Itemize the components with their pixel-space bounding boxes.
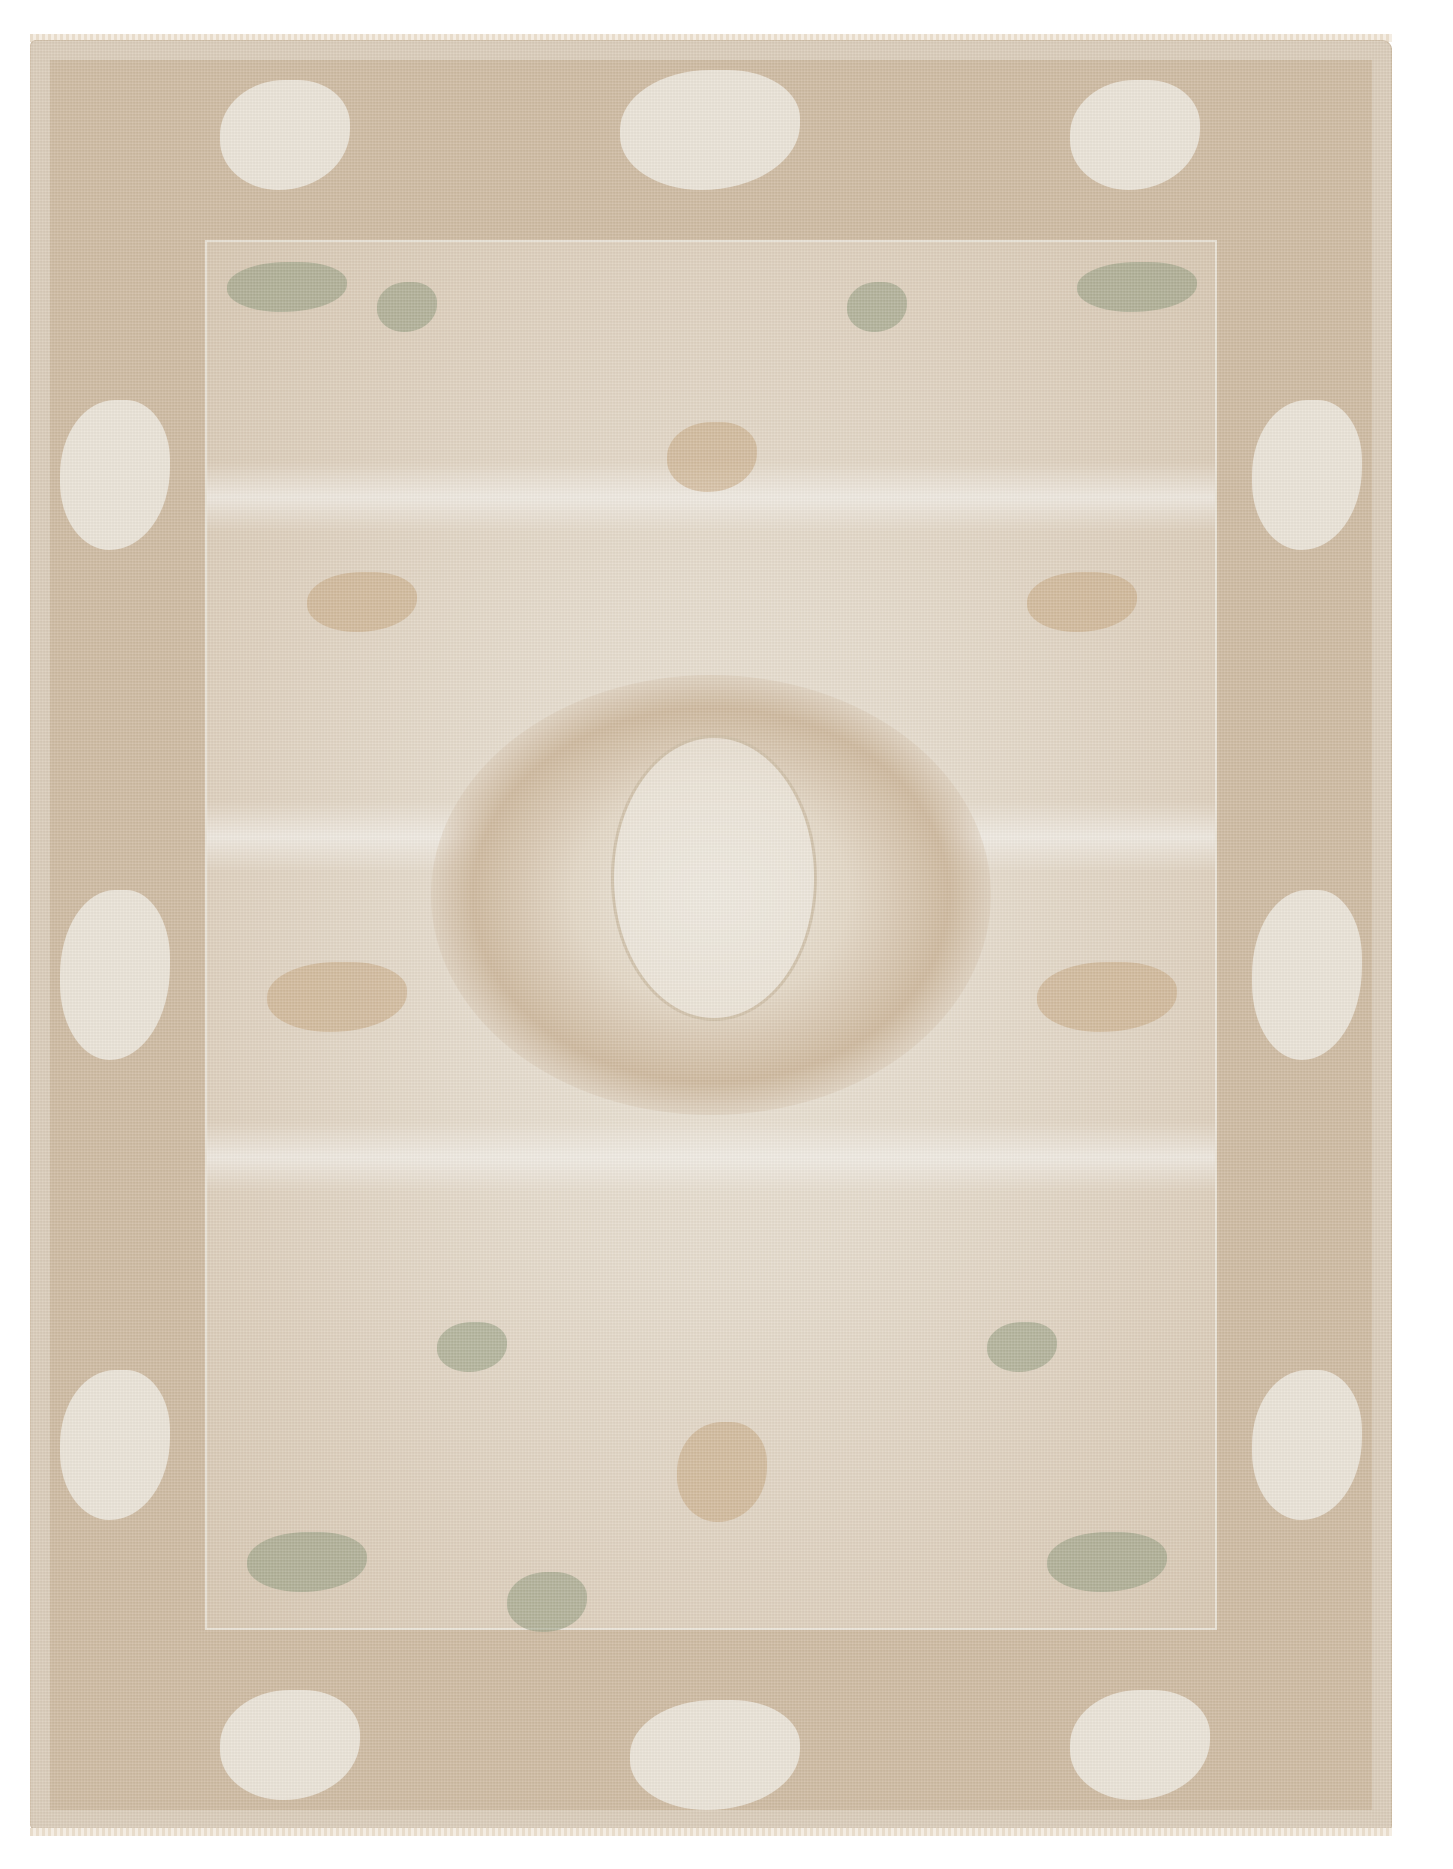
field-floral-motif — [267, 962, 407, 1032]
corner-floral-motif — [507, 1572, 587, 1632]
corner-floral-motif — [227, 262, 347, 312]
photo-background — [0, 0, 1453, 1869]
field-floral-motif — [1027, 572, 1137, 632]
worn-band — [207, 1122, 1215, 1192]
medallion-core — [611, 735, 817, 1021]
corner-floral-motif — [437, 1322, 507, 1372]
field-floral-motif — [307, 572, 417, 632]
rug — [30, 40, 1392, 1830]
corner-floral-motif — [1077, 262, 1197, 312]
corner-floral-motif — [247, 1532, 367, 1592]
field-floral-motif — [1037, 962, 1177, 1032]
field-floral-motif — [677, 1422, 767, 1522]
bottom-fringe — [30, 1828, 1392, 1836]
corner-floral-motif — [377, 282, 437, 332]
rug-inner-field — [205, 240, 1217, 1630]
corner-floral-motif — [1047, 1532, 1167, 1592]
corner-floral-motif — [847, 282, 907, 332]
corner-floral-motif — [987, 1322, 1057, 1372]
